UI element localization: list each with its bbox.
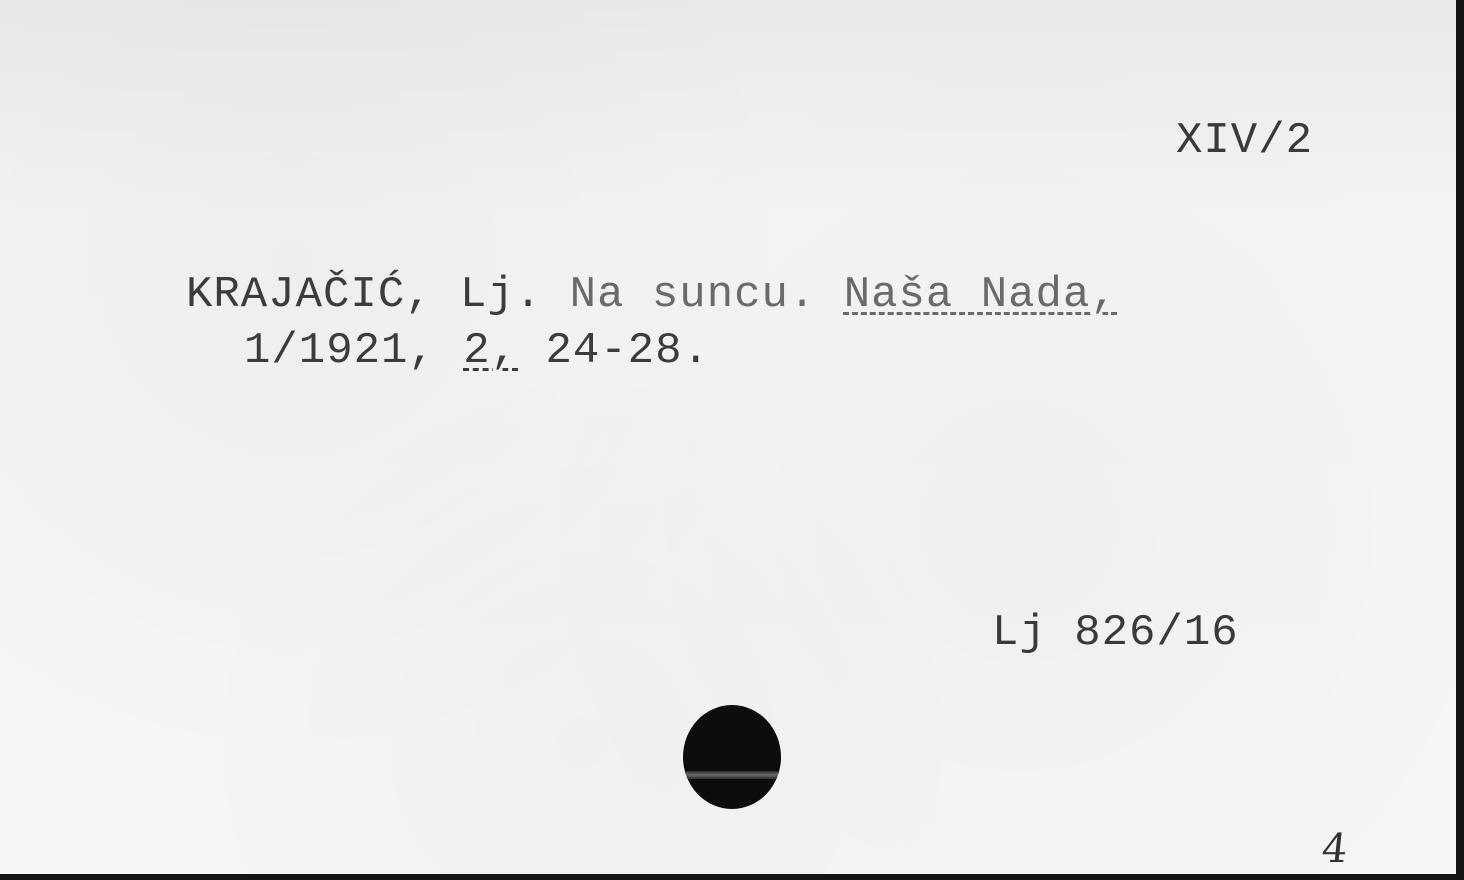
catalog-card: XIV/2 KRAJAČIĆ, Lj. Na suncu. Naša Nada,… bbox=[0, 0, 1456, 874]
page-range: 24-28. bbox=[545, 326, 709, 376]
handwritten-note: 4 bbox=[1320, 826, 1350, 872]
issue-number: 2, bbox=[463, 326, 518, 376]
article-title: Na suncu. bbox=[570, 270, 817, 320]
entry-line-1: KRAJAČIĆ, Lj. Na suncu. Naša Nada, bbox=[186, 270, 1118, 320]
source-title: Naša Nada, bbox=[844, 270, 1118, 320]
card-edge-bottom bbox=[0, 874, 1464, 880]
call-number: XIV/2 bbox=[1176, 116, 1313, 166]
punch-hole bbox=[683, 705, 781, 809]
shelfmark: Lj 826/16 bbox=[992, 608, 1239, 658]
author: KRAJAČIĆ, Lj. bbox=[186, 270, 542, 320]
volume-year: 1/1921, bbox=[244, 326, 436, 376]
card-edge-right bbox=[1456, 0, 1464, 880]
entry-line-2: 1/1921, 2, 24-28. bbox=[244, 326, 710, 376]
